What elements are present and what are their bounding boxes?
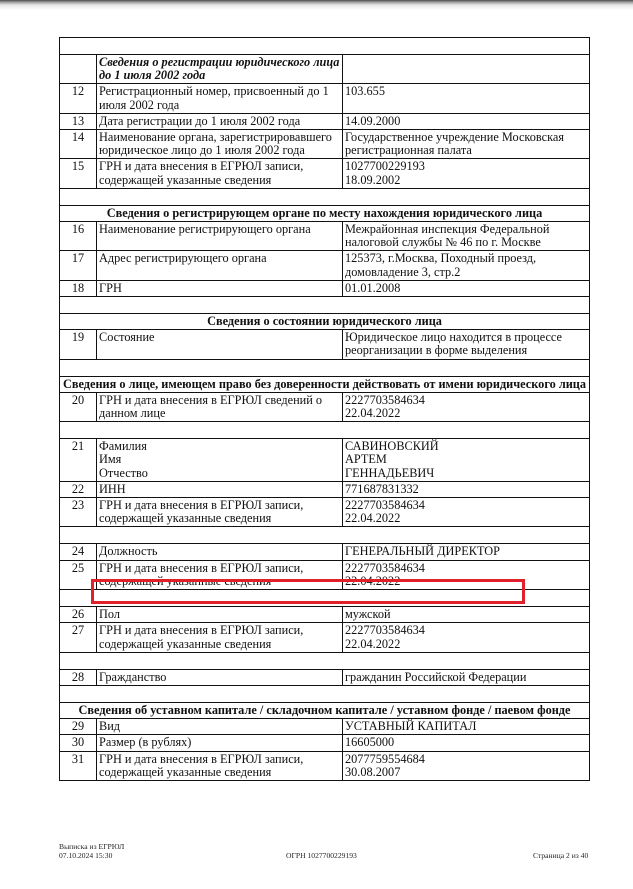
field-label: Наименование органа, зарегистрировавшего… xyxy=(97,130,343,159)
field-value: мужской xyxy=(343,607,590,623)
row-number: 13 xyxy=(60,113,97,129)
table-row: 20ГРН и дата внесения в ЕГРЮЛ сведений о… xyxy=(60,392,590,421)
footer-page-number: Страница 2 из 40 xyxy=(533,851,588,860)
table-row: 19СостояниеЮридическое лицо находится в … xyxy=(60,330,590,359)
table-row: 12Регистрационный номер, присвоенный до … xyxy=(60,84,590,113)
field-label: Размер (в рублях) xyxy=(97,735,343,751)
spacer-cell xyxy=(60,527,590,544)
table-row: 14Наименование органа, зарегистрировавше… xyxy=(60,130,590,159)
field-value: 1027700229193 18.09.2002 xyxy=(343,159,590,188)
field-value: 2227703584634 22.04.2022 xyxy=(343,623,590,652)
table-row: 21Фамилия Имя ОтчествоСАВИНОВСКИЙ АРТЕМ … xyxy=(60,439,590,482)
field-label: Фамилия Имя Отчество xyxy=(97,439,343,482)
row-number: 19 xyxy=(60,330,97,359)
table-row: 22ИНН771687831332 xyxy=(60,481,590,497)
row-number: 26 xyxy=(60,607,97,623)
field-value: Межрайонная инспекция Федеральной налого… xyxy=(343,222,590,251)
section-header-row: Сведения о регистрирующем органе по мест… xyxy=(60,205,590,221)
field-value: 01.01.2008 xyxy=(343,280,590,296)
table-row: 24ДолжностьГЕНЕРАЛЬНЫЙ ДИРЕКТОР xyxy=(60,544,590,560)
table-row: 13Дата регистрации до 1 июля 2002 года14… xyxy=(60,113,590,129)
footer-left: Выписка из ЕГРЮЛ 07.10.2024 15:30 xyxy=(59,842,124,860)
section-title: Сведения об уставном капитале / складочн… xyxy=(60,702,590,718)
row-number: 22 xyxy=(60,481,97,497)
table-row: 23ГРН и дата внесения в ЕГРЮЛ записи, со… xyxy=(60,498,590,527)
field-label: Гражданство xyxy=(97,669,343,685)
table-row: 15ГРН и дата внесения в ЕГРЮЛ записи, со… xyxy=(60,159,590,188)
table-row: 18ГРН01.01.2008 xyxy=(60,280,590,296)
row-number: 15 xyxy=(60,159,97,188)
field-label: Пол xyxy=(97,607,343,623)
field-label: ГРН и дата внесения в ЕГРЮЛ записи, соде… xyxy=(97,751,343,780)
field-label: Регистрационный номер, присвоенный до 1 … xyxy=(97,84,343,113)
spacer-cell xyxy=(60,422,590,439)
section-header-row: Сведения об уставном капитале / складочн… xyxy=(60,702,590,718)
row-number: 14 xyxy=(60,130,97,159)
footer-ogrn: ОГРН 1027700229193 xyxy=(286,851,357,860)
spacer-cell xyxy=(60,38,590,55)
footer-datetime: 07.10.2024 15:30 xyxy=(59,851,124,860)
spacer-row xyxy=(60,38,590,55)
table-row: 30Размер (в рублях)16605000 xyxy=(60,735,590,751)
table-row: 31ГРН и дата внесения в ЕГРЮЛ записи, со… xyxy=(60,751,590,780)
field-value: Государственное учреждение Московская ре… xyxy=(343,130,590,159)
spacer-cell xyxy=(60,297,590,314)
spacer-cell xyxy=(60,359,590,376)
field-value: гражданин Российской Федерации xyxy=(343,669,590,685)
field-label: Состояние xyxy=(97,330,343,359)
num-cell xyxy=(60,55,97,84)
footer-doc-title: Выписка из ЕГРЮЛ xyxy=(59,842,124,851)
spacer-cell xyxy=(60,652,590,669)
value-cell xyxy=(343,55,590,84)
row-number: 29 xyxy=(60,719,97,735)
table-row: 27ГРН и дата внесения в ЕГРЮЛ записи, со… xyxy=(60,623,590,652)
section-title: Сведения о лице, имеющем право без довер… xyxy=(60,376,590,392)
row-number: 16 xyxy=(60,222,97,251)
spacer-row xyxy=(60,685,590,702)
table-row: 16Наименование регистрирующего органаМеж… xyxy=(60,222,590,251)
field-value: 2077759554684 30.08.2007 xyxy=(343,751,590,780)
field-value: 14.09.2000 xyxy=(343,113,590,129)
field-label: Вид xyxy=(97,719,343,735)
section-header-row: Сведения о регистрации юридического лица… xyxy=(60,55,590,84)
section-title: Сведения о состоянии юридического лица xyxy=(60,314,590,330)
spacer-row xyxy=(60,359,590,376)
field-value: 2227703584634 22.04.2022 xyxy=(343,498,590,527)
viewer-top-shadow xyxy=(0,0,633,10)
highlight-box-position-row xyxy=(91,579,525,604)
row-number: 27 xyxy=(60,623,97,652)
field-label: ГРН xyxy=(97,280,343,296)
section-title: Сведения о регистрации юридического лица… xyxy=(97,55,343,84)
row-number: 23 xyxy=(60,498,97,527)
spacer-cell xyxy=(60,685,590,702)
field-label: ГРН и дата внесения в ЕГРЮЛ записи, соде… xyxy=(97,623,343,652)
spacer-row xyxy=(60,188,590,205)
spacer-cell xyxy=(60,188,590,205)
row-number: 12 xyxy=(60,84,97,113)
section-title: Сведения о регистрирующем органе по мест… xyxy=(60,205,590,221)
field-value: 16605000 xyxy=(343,735,590,751)
field-label: Наименование регистрирующего органа xyxy=(97,222,343,251)
row-number: 28 xyxy=(60,669,97,685)
field-label: ГРН и дата внесения в ЕГРЮЛ записи, соде… xyxy=(97,498,343,527)
row-number: 20 xyxy=(60,392,97,421)
table-row: 29ВидУСТАВНЫЙ КАПИТАЛ xyxy=(60,719,590,735)
field-value: 125373, г.Москва, Походный проезд, домов… xyxy=(343,251,590,280)
field-label: ГРН и дата внесения в ЕГРЮЛ записи, соде… xyxy=(97,159,343,188)
table-row: 26Полмужской xyxy=(60,607,590,623)
spacer-row xyxy=(60,527,590,544)
table-row: 28Гражданствогражданин Российской Федера… xyxy=(60,669,590,685)
row-number: 17 xyxy=(60,251,97,280)
egrul-extract-table: Сведения о регистрации юридического лица… xyxy=(59,37,590,781)
field-label: Должность xyxy=(97,544,343,560)
field-value: ГЕНЕРАЛЬНЫЙ ДИРЕКТОР xyxy=(343,544,590,560)
field-value: 2227703584634 22.04.2022 xyxy=(343,392,590,421)
section-header-row: Сведения о состоянии юридического лица xyxy=(60,314,590,330)
field-value: САВИНОВСКИЙ АРТЕМ ГЕННАДЬЕВИЧ xyxy=(343,439,590,482)
row-number: 24 xyxy=(60,544,97,560)
field-value: 103.655 xyxy=(343,84,590,113)
field-label: ГРН и дата внесения в ЕГРЮЛ сведений о д… xyxy=(97,392,343,421)
spacer-row xyxy=(60,652,590,669)
spacer-row xyxy=(60,422,590,439)
field-value: 771687831332 xyxy=(343,481,590,497)
field-value: Юридическое лицо находится в процессе ре… xyxy=(343,330,590,359)
row-number: 31 xyxy=(60,751,97,780)
field-label: Дата регистрации до 1 июля 2002 года xyxy=(97,113,343,129)
field-value: УСТАВНЫЙ КАПИТАЛ xyxy=(343,719,590,735)
table-row: 17Адрес регистрирующего органа125373, г.… xyxy=(60,251,590,280)
row-number: 21 xyxy=(60,439,97,482)
row-number: 18 xyxy=(60,280,97,296)
field-label: ИНН xyxy=(97,481,343,497)
spacer-row xyxy=(60,297,590,314)
row-number: 30 xyxy=(60,735,97,751)
section-header-row: Сведения о лице, имеющем право без довер… xyxy=(60,376,590,392)
field-label: Адрес регистрирующего органа xyxy=(97,251,343,280)
